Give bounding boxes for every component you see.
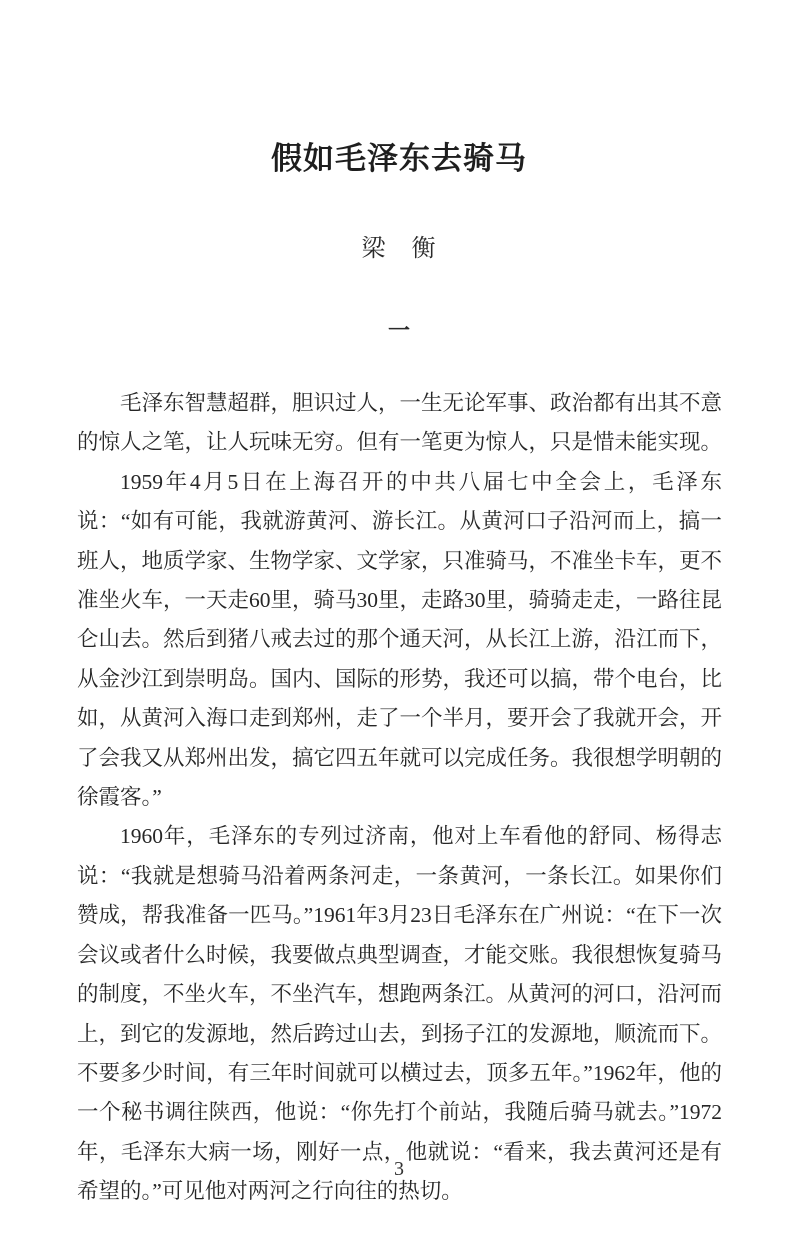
page-number: 3 — [0, 1156, 798, 1182]
paragraph-2: 1959年4月5日在上海召开的中共八届七中全会上，毛泽东说：“如有可能，我就游黄… — [77, 463, 722, 818]
paragraph-3: 1960年，毛泽东的专列过济南，他对上车看他的舒同、杨得志说：“我就是想骑马沿着… — [77, 817, 722, 1211]
section-number: 一 — [0, 318, 798, 344]
article-body: 毛泽东智慧超群，胆识过人，一生无论军事、政治都有出其不意的惊人之笔，让人玩味无穷… — [77, 384, 722, 1212]
article-author: 梁 衡 — [0, 234, 798, 264]
paragraph-1: 毛泽东智慧超群，胆识过人，一生无论军事、政治都有出其不意的惊人之笔，让人玩味无穷… — [77, 384, 722, 463]
book-page: 假如毛泽东去骑马 梁 衡 一 毛泽东智慧超群，胆识过人，一生无论军事、政治都有出… — [0, 0, 798, 1244]
article-title: 假如毛泽东去骑马 — [0, 0, 798, 177]
